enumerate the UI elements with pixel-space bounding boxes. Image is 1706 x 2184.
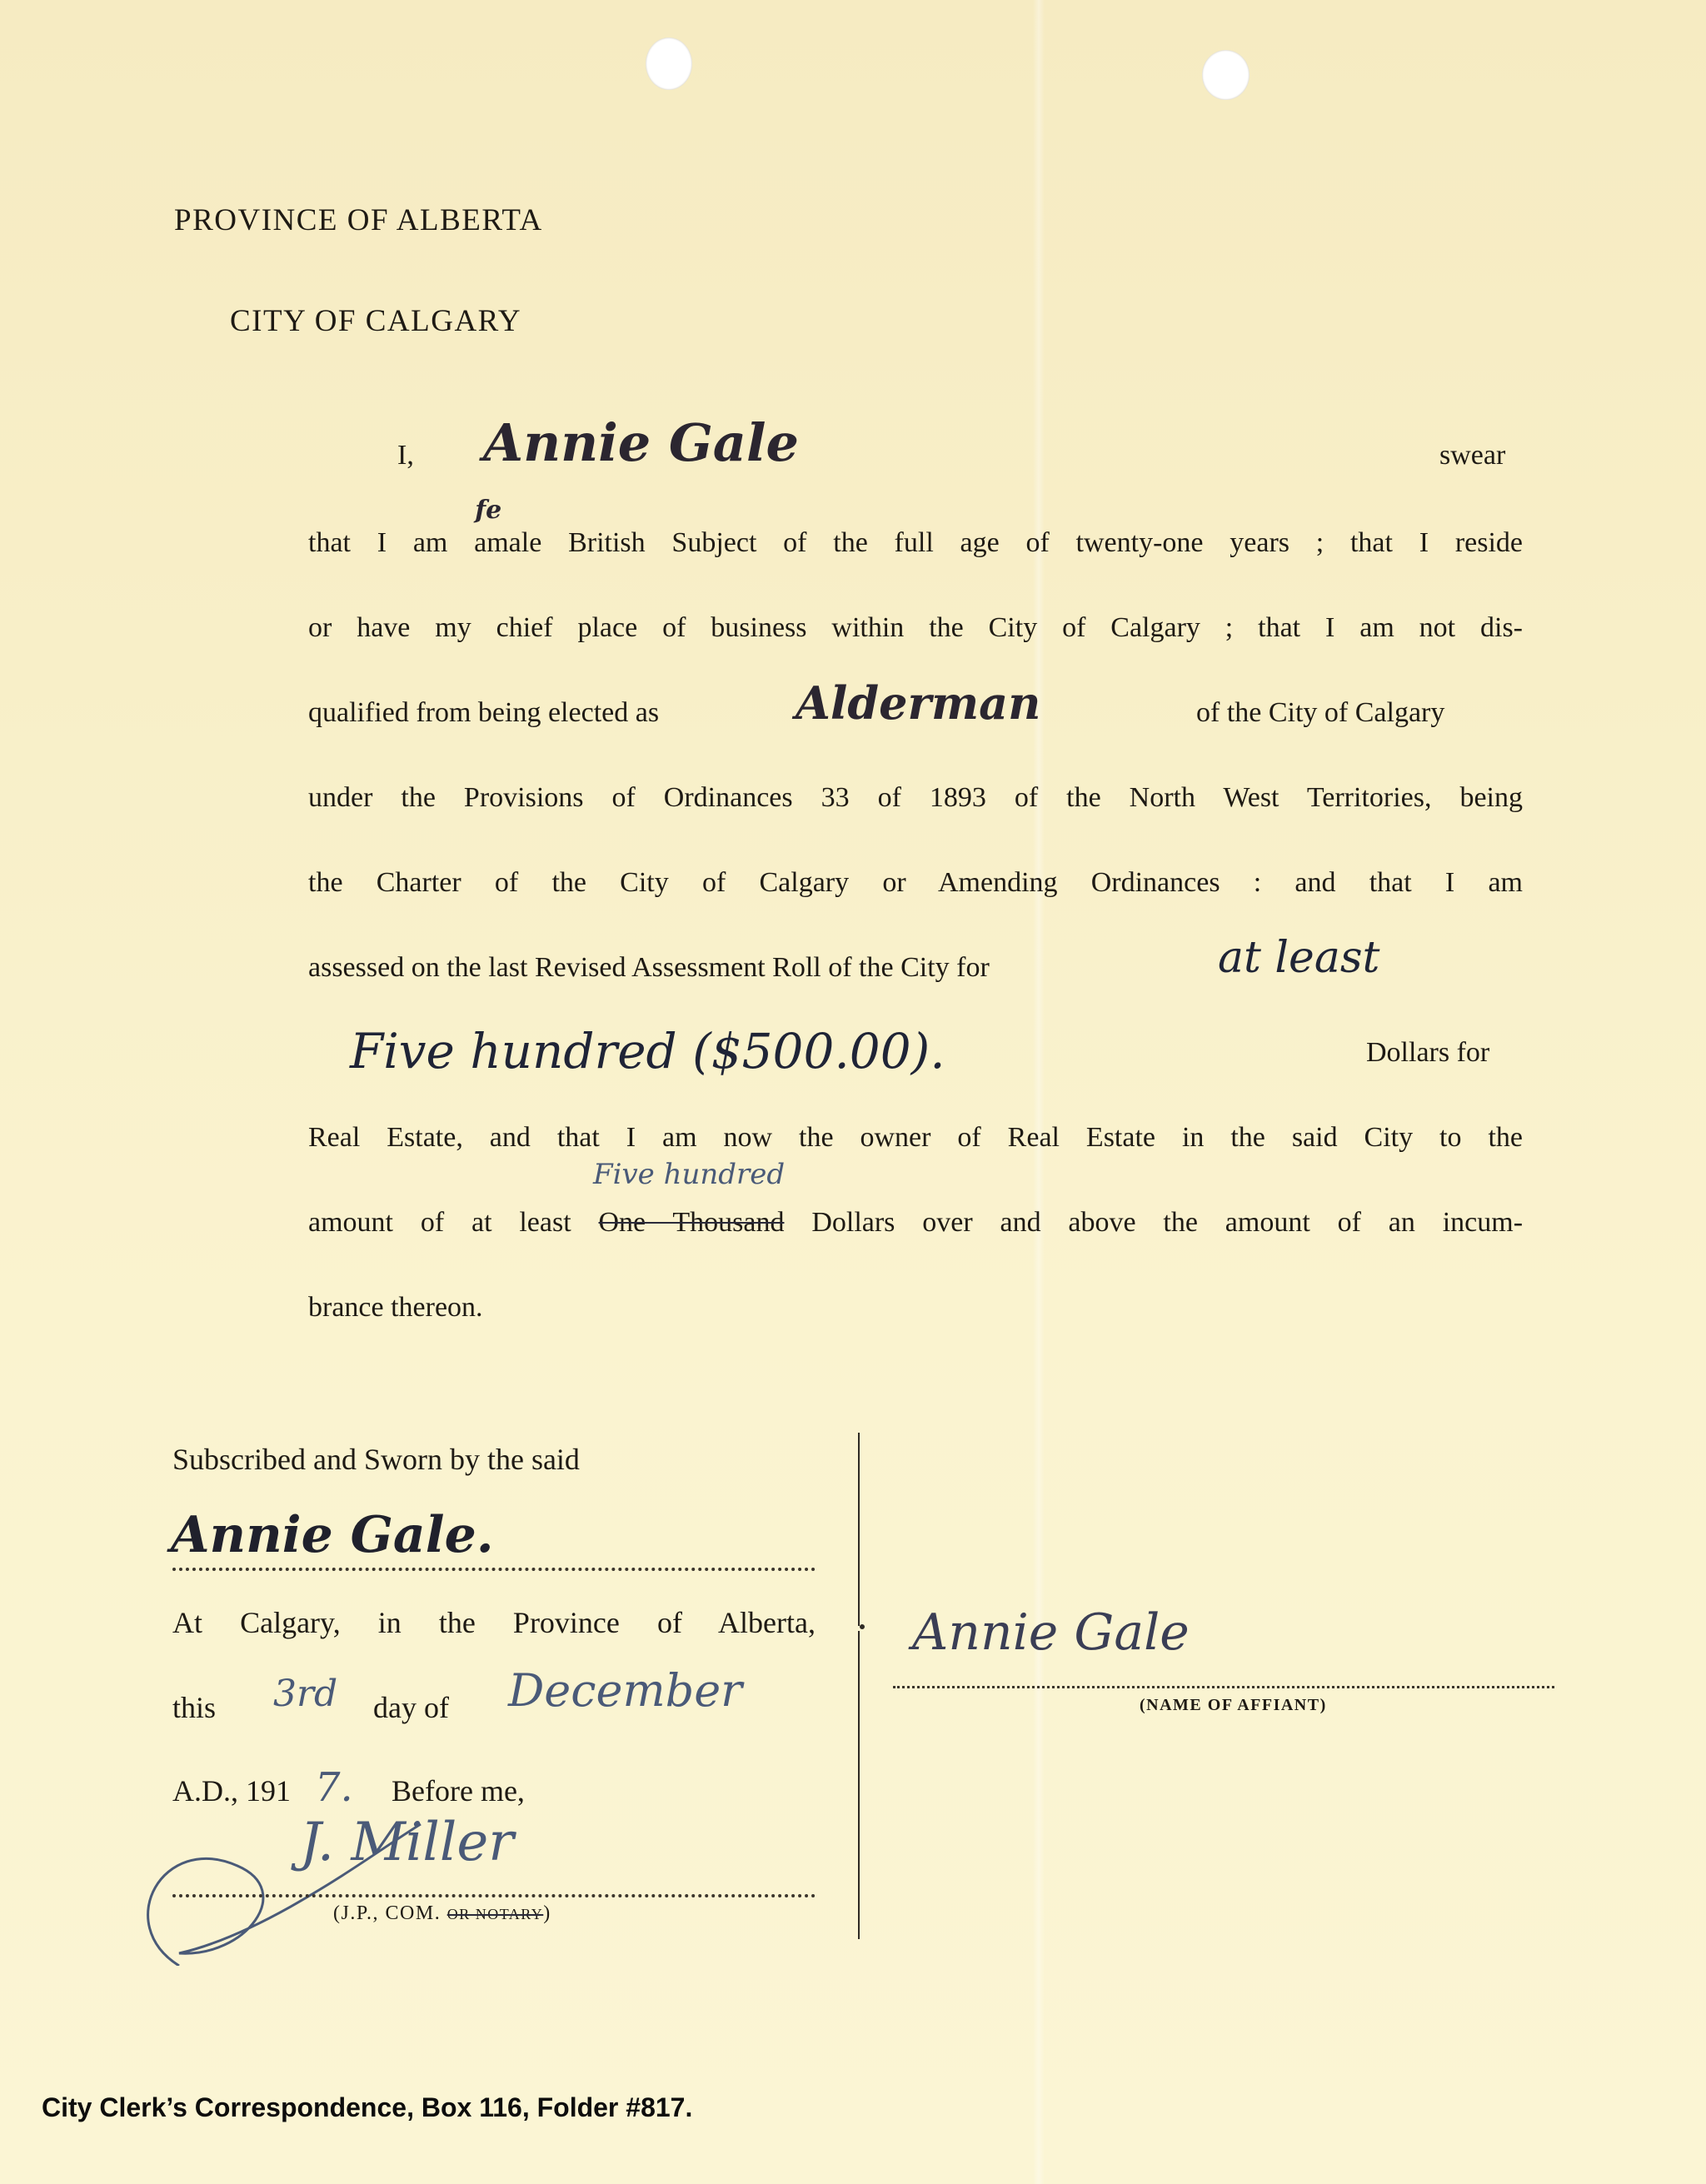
struck-one-thousand: One Thousand	[599, 1207, 785, 1238]
oath-intro: I,	[397, 440, 414, 471]
oath-line-8: Real Estate, and that I am now the owner…	[308, 1121, 1523, 1154]
brace-upper	[858, 1433, 860, 1626]
handwritten-office: Alderman	[796, 676, 1040, 730]
oath-line-10: brance thereon.	[308, 1291, 483, 1324]
oath-line-7-end: Dollars for	[1366, 1036, 1489, 1070]
handwritten-at-least: at least	[1218, 933, 1379, 983]
handwritten-affiant-name: Annie Gale	[483, 412, 799, 473]
handwritten-jurat-signer: Annie Gale.	[171, 1506, 494, 1564]
oath-line-9: amount of at least One Thousand Dollars …	[308, 1206, 1523, 1239]
jurat-this: this	[172, 1691, 216, 1724]
punch-hole-left	[646, 37, 692, 90]
jurat-at-calgary: At Calgary, in the Province of Alberta,	[172, 1606, 816, 1639]
oath-line-3-end: of the City of Calgary	[1196, 696, 1444, 730]
affiant-dotted-line	[893, 1686, 1554, 1688]
jurat-subscribed: Subscribed and Sworn by the said	[172, 1443, 580, 1476]
oath-line-4: under the Provisions of Ordinances 33 of…	[308, 781, 1523, 815]
punch-hole-right	[1202, 50, 1250, 100]
official-signature-flourish	[146, 1799, 612, 1966]
official-dotted-line	[172, 1894, 816, 1897]
handwritten-five-hundred-amount: Five hundred ($500.00).	[350, 1023, 945, 1080]
brace-lower	[858, 1631, 860, 1939]
oath-swear: swear	[1439, 440, 1505, 471]
jurat-day-of: day of	[373, 1691, 449, 1724]
official-caption: (J.P., COM. OR NOTARY)	[333, 1902, 551, 1925]
handwritten-month: December	[508, 1664, 742, 1717]
city-heading: CITY OF CALGARY	[230, 303, 521, 339]
oath-line-6: assessed on the last Revised Assessment …	[308, 951, 990, 985]
oath-line-5: the Charter of the City of Calgary or Am…	[308, 866, 1523, 900]
handwritten-affiant-signature: Annie Gale	[912, 1603, 1190, 1662]
handwritten-day: 3rd	[273, 1673, 337, 1715]
affiant-caption: (NAME OF AFFIANT)	[1140, 1696, 1327, 1715]
brace-point	[860, 1624, 865, 1629]
paper-fold-crease	[1033, 0, 1045, 2184]
jurat-signer-dotted-line	[172, 1568, 816, 1571]
oath-line-1: that I am afemale British Subject of the…	[308, 526, 1523, 561]
archive-citation: City Clerk’s Correspondence, Box 116, Fo…	[42, 2092, 692, 2123]
oath-line-2: or have my chief place of business withi…	[308, 611, 1523, 645]
handwritten-insert-five-hundred: Five hundred	[593, 1158, 785, 1191]
province-heading: PROVINCE OF ALBERTA	[174, 202, 543, 238]
